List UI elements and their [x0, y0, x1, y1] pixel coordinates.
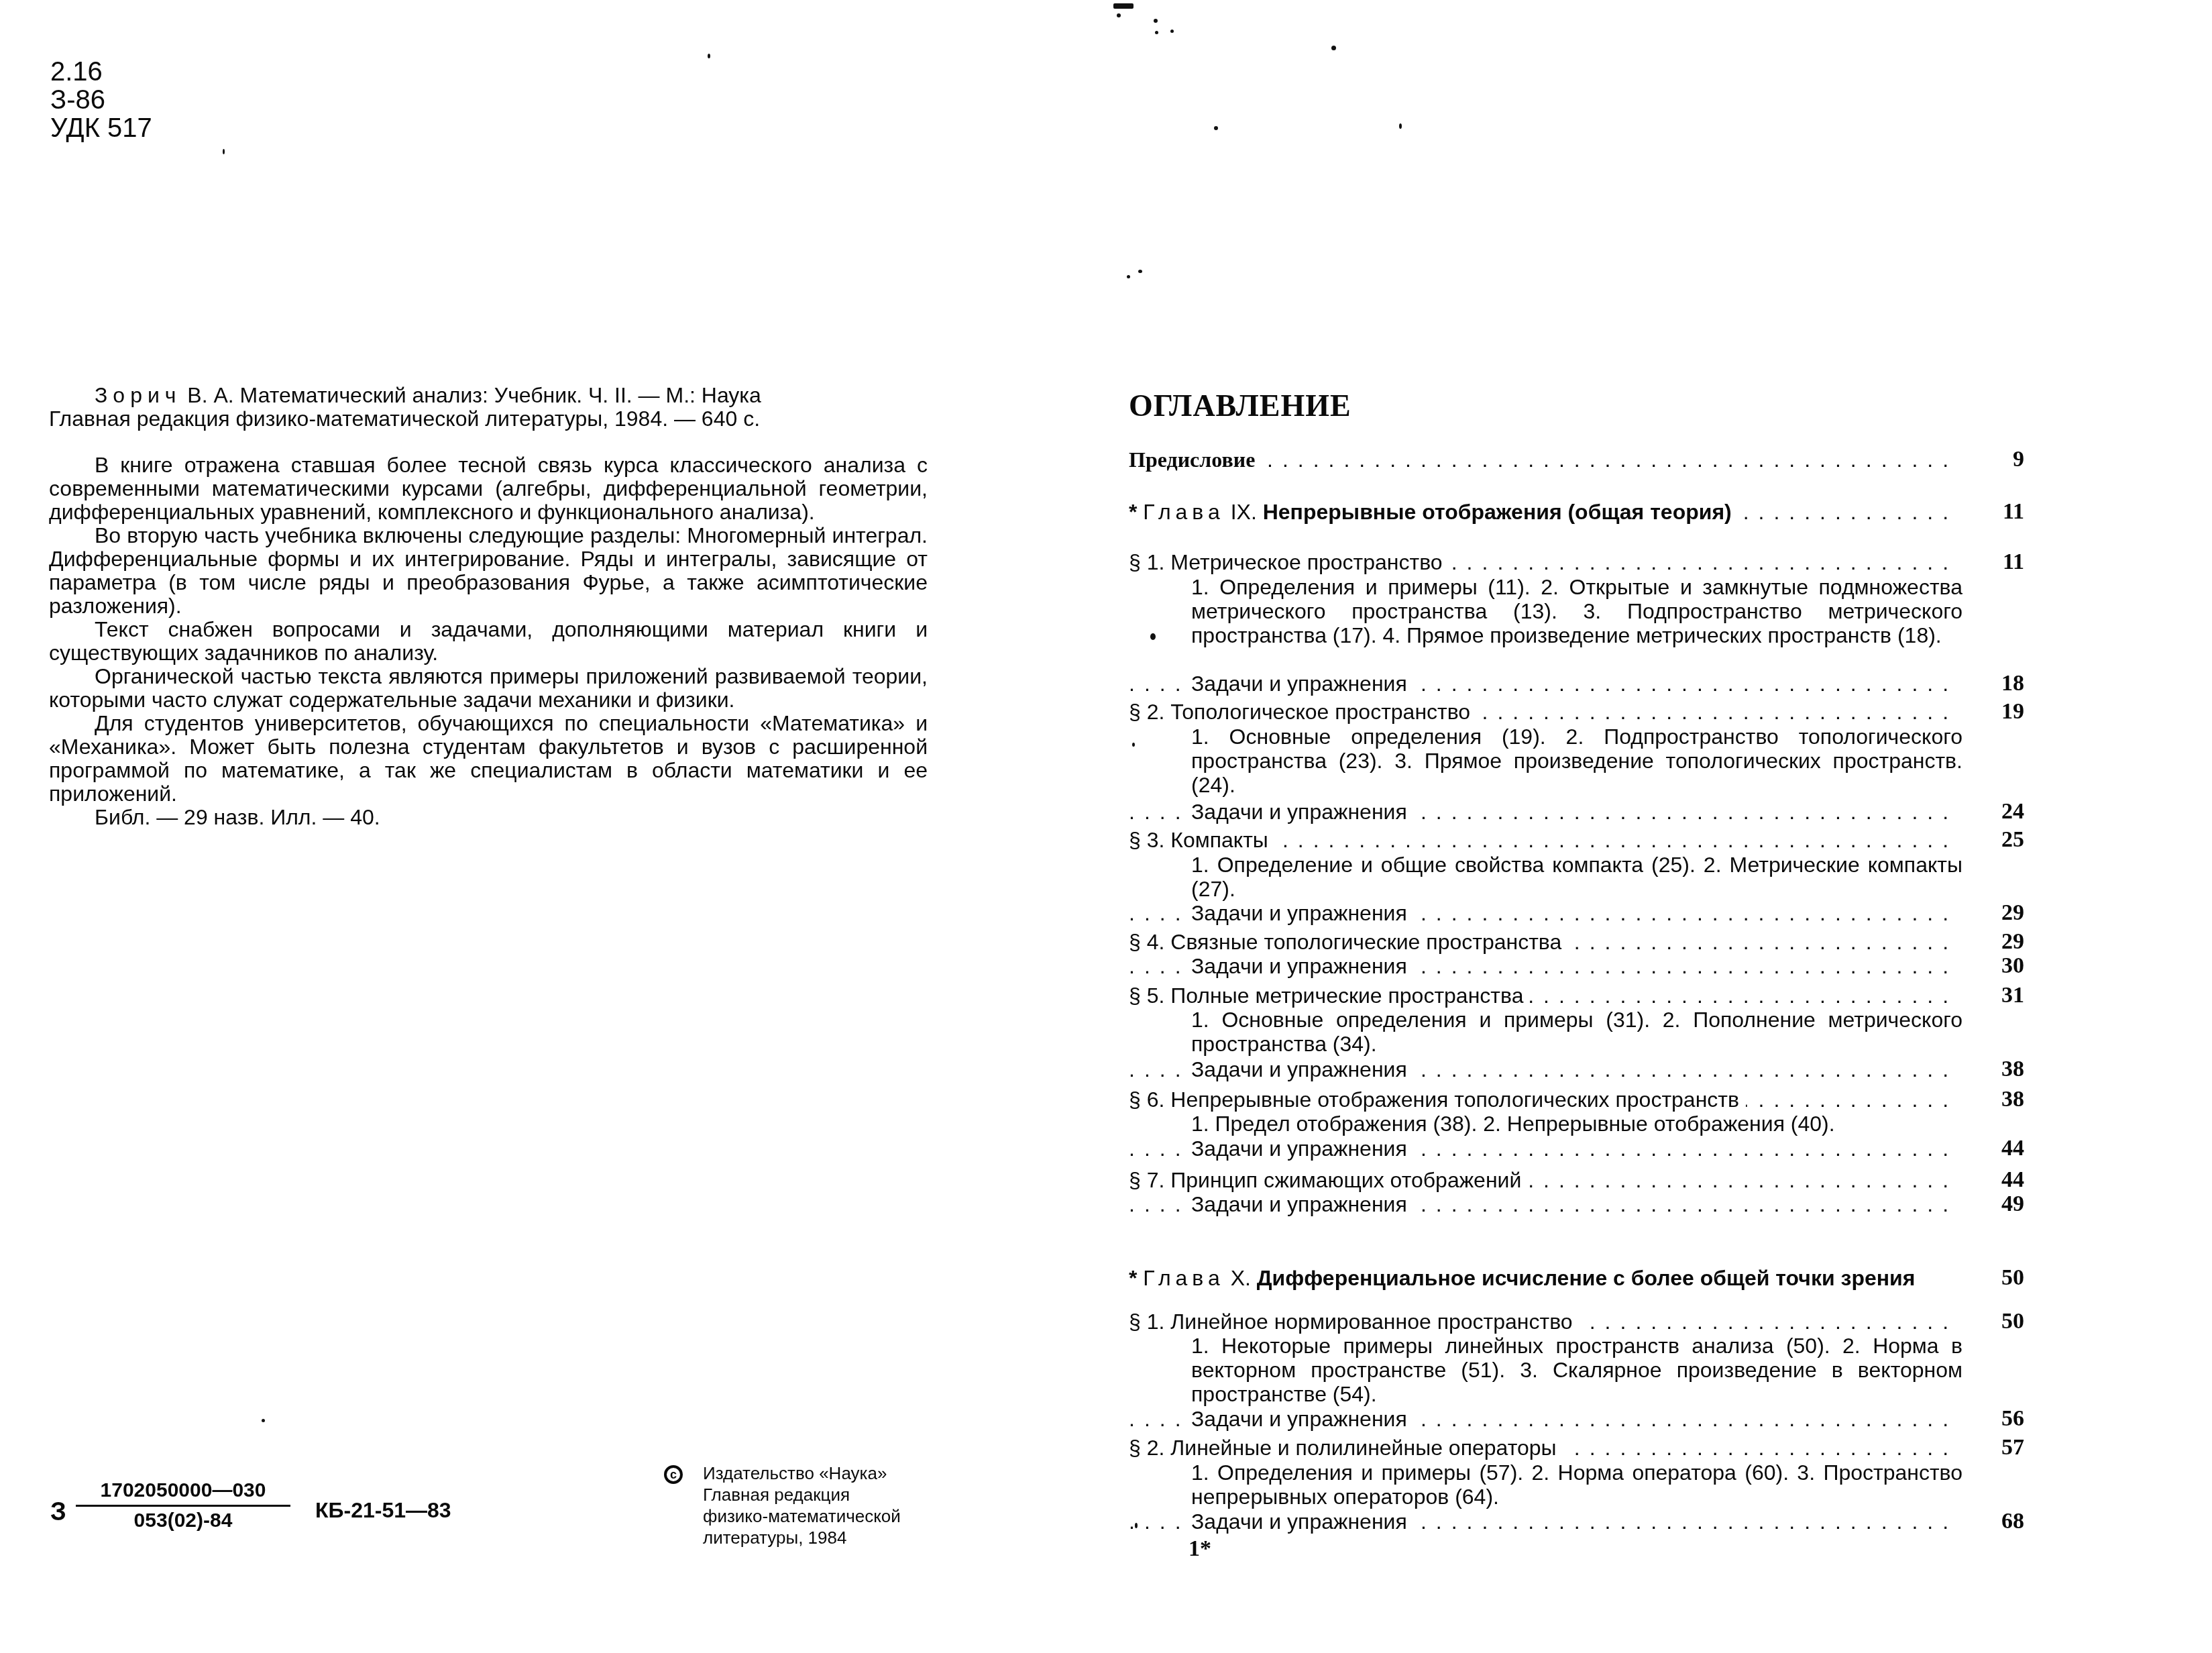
annotation-paragraph: Текст снабжен вопросами и задачами, допо… [49, 618, 928, 665]
toc-entry-section[interactable]: § 5. Полные метрические пространства ...… [1129, 983, 2024, 1008]
catalog-fraction: 1702050000—030 053(02)-84 [76, 1479, 290, 1532]
scan-speck [1331, 46, 1336, 50]
toc-entry-section[interactable]: § 1. Линейное нормированное пространство… [1129, 1310, 2024, 1334]
publisher-line: Издательство «Наука» [703, 1462, 901, 1484]
chapter-marker-icon: * [1129, 500, 1137, 524]
scan-speck [708, 54, 710, 58]
toc-label: Задачи и упражнения [1191, 1509, 1414, 1534]
scan-speck [1138, 270, 1142, 273]
toc-label: § 6. Непрерывные отображения топологичес… [1129, 1087, 1746, 1112]
catalog-denominator: 053(02)-84 [76, 1507, 290, 1532]
chapter-word: Глава [1143, 500, 1224, 524]
chapter-word: Глава [1143, 1266, 1224, 1290]
scan-speck [1132, 743, 1135, 747]
toc-label: Задачи и упражнения [1191, 800, 1414, 824]
toc-entry-exercises[interactable]: Задачи и упражнения ....................… [1129, 1057, 2024, 1081]
toc-page-number: 31 [1984, 983, 2024, 1008]
classification-code-author: З-86 [50, 86, 105, 114]
toc-entry-exercises[interactable]: Задачи и упражнения ....................… [1129, 1136, 2024, 1161]
toc-label: Задачи и упражнения [1191, 954, 1414, 978]
toc-label: Задачи и упражнения [1191, 1192, 1414, 1216]
toc-section-description: 1. Основные определения и примеры (31). … [1191, 1008, 1962, 1056]
catalog-suffix: КБ-21-51—83 [315, 1498, 451, 1523]
chapter-number: IX. [1231, 500, 1257, 524]
toc-label: Задачи и упражнения [1191, 1057, 1414, 1081]
scan-speck [1113, 3, 1133, 9]
catalog-numerator: 1702050000—030 [76, 1479, 290, 1507]
toc-label: § 4. Связные топологические пространства [1129, 930, 1568, 954]
toc-label: § 7. Принцип сжимающих отображений [1129, 1168, 1528, 1192]
scan-speck [1150, 633, 1156, 640]
author-name: Зорич [95, 383, 181, 407]
toc-label: Задачи и упражнения [1191, 901, 1414, 925]
annotation-paragraph: В книге отражена ставшая более тесной св… [49, 454, 928, 524]
toc-entry-section[interactable]: § 6. Непрерывные отображения топологичес… [1129, 1087, 2024, 1112]
publisher-line: Главная редакция [703, 1484, 901, 1505]
toc-page-number: 19 [1984, 700, 2024, 724]
toc-page-number: 56 [1984, 1407, 2024, 1431]
chapter-number: X. [1231, 1266, 1251, 1290]
toc-page-number: 44 [1984, 1168, 2024, 1192]
toc-entry-exercises[interactable]: Задачи и упражнения ....................… [1129, 672, 2024, 696]
toc-label: Задачи и упражнения [1191, 672, 1414, 696]
scan-speck [1214, 126, 1218, 130]
toc-label: Предисловие [1129, 447, 1262, 472]
chapter-marker-icon: * [1129, 1266, 1137, 1290]
scan-speck [1399, 123, 1402, 129]
toc-page-number: 57 [1984, 1436, 2024, 1460]
scan-speck [1117, 13, 1121, 17]
scan-speck [1155, 31, 1158, 34]
chapter-title: Дифференциальное исчисление с более обще… [1257, 1266, 1916, 1290]
toc-page-number: 11 [1984, 550, 2024, 574]
scan-speck [1127, 275, 1130, 278]
annotation-paragraph: Во вторую часть учебника включены следую… [49, 524, 928, 618]
toc-section-description: 1. Определения и примеры (11). 2. Открыт… [1191, 575, 1962, 647]
toc-entry-exercises[interactable]: Задачи и упражнения ....................… [1129, 800, 2024, 824]
toc-page-number: 50 [1984, 1310, 2024, 1334]
toc-section-description: 1. Определения и примеры (57). 2. Норма … [1191, 1460, 1962, 1509]
toc-page-number: 11 [1984, 500, 2024, 524]
toc-section-description: 1. Предел отображения (38). 2. Непрерывн… [1191, 1112, 1962, 1136]
toc-entry-preface[interactable]: Предисловие ............................… [1129, 447, 2024, 472]
toc-label: Задачи и упражнения [1191, 1136, 1414, 1161]
bibliography-count: Библ. — 29 назв. Илл. — 40. [49, 806, 928, 829]
toc-entry-section[interactable]: § 2. Линейные и полилинейные операторы .… [1129, 1436, 2024, 1460]
toc-label: § 1. Метрическое пространство [1129, 550, 1449, 574]
toc-page-number: 30 [1984, 954, 2024, 978]
toc-page-number: 44 [1984, 1136, 2024, 1161]
chapter-title: Непрерывные отображения (общая теория) [1263, 500, 1732, 524]
toc-section-description: 1. Основные определения (19). 2. Подпрос… [1191, 725, 1962, 797]
annotation-paragraph: Для студентов университетов, обучающихся… [49, 712, 928, 806]
classification-code-bbk: 2.16 [50, 58, 103, 86]
publisher-info: Издательство «Наука» Главная редакция фи… [703, 1462, 901, 1548]
toc-page-number: 49 [1984, 1192, 2024, 1216]
toc-entry-exercises[interactable]: Задачи и упражнения ....................… [1129, 1192, 2024, 1216]
bibliographic-line-1: Зорич В. А. Математический анализ: Учебн… [49, 384, 928, 407]
toc-label: Задачи и упражнения [1191, 1407, 1414, 1431]
toc-label: * Глава X. Дифференциальное исчисление с… [1129, 1266, 1922, 1290]
toc-page-number: 18 [1984, 672, 2024, 696]
toc-section-description: 1. Некоторые примеры линейных пространст… [1191, 1334, 1962, 1406]
toc-entry-section[interactable]: § 2. Топологическое пространство .......… [1129, 700, 2024, 724]
toc-entry-chapter-9[interactable]: * Глава IX. Непрерывные отображения (общ… [1129, 500, 2024, 524]
toc-page-number: 68 [1984, 1509, 2024, 1534]
toc-label: § 5. Полные метрические пространства [1129, 983, 1530, 1008]
toc-entry-section[interactable]: § 1. Метрическое пространство ..........… [1129, 550, 2024, 574]
toc-page-number: 24 [1984, 800, 2024, 824]
left-page: 2.16 З-86 УДК 517 Зорич В. А. Математиче… [0, 0, 1046, 1653]
toc-entry-chapter-10[interactable]: * Глава X. Дифференциальное исчисление с… [1129, 1266, 2024, 1290]
toc-label: § 2. Топологическое пространство [1129, 700, 1477, 724]
toc-page-number: 50 [1984, 1266, 2024, 1290]
annotation-paragraph: Органической частью текста являются прим… [49, 665, 928, 712]
toc-page-number: 9 [1984, 447, 2024, 472]
toc-entry-exercises[interactable]: Задачи и упражнения ....................… [1129, 1509, 2024, 1534]
toc-title: ОГЛАВЛЕНИЕ [1129, 388, 1351, 423]
toc-section-description: 1. Определение и общие свойства компакта… [1191, 853, 1962, 901]
toc-page-number: 25 [1984, 828, 2024, 852]
book-title: В. А. Математический анализ: Учебник. Ч.… [181, 383, 761, 407]
toc-page-number: 38 [1984, 1057, 2024, 1081]
toc-label: * Глава IX. Непрерывные отображения (общ… [1129, 500, 1738, 524]
toc-entry-section[interactable]: § 4. Связные топологические пространства… [1129, 930, 2024, 954]
toc-entry-exercises[interactable]: Задачи и упражнения ....................… [1129, 901, 2024, 925]
toc-label: § 3. Компакты [1129, 828, 1275, 852]
toc-entry-section[interactable]: § 7. Принцип сжимающих отображений .....… [1129, 1168, 2024, 1192]
bibliographic-line-2: Главная редакция физико-математической л… [49, 407, 928, 431]
toc-label: § 1. Линейное нормированное пространство [1129, 1310, 1580, 1334]
toc-page-number: 38 [1984, 1087, 2024, 1112]
scan-speck [262, 1419, 265, 1422]
annotation: В книге отражена ставшая более тесной св… [49, 454, 928, 829]
classification-code-udk: УДК 517 [50, 114, 152, 142]
toc-entry-exercises[interactable]: Задачи и упражнения ....................… [1129, 954, 2024, 978]
scan-speck [223, 149, 225, 154]
toc-page-number: 29 [1984, 901, 2024, 925]
toc-entry-exercises[interactable]: Задачи и упражнения ....................… [1129, 1407, 2024, 1431]
catalog-prefix: З [50, 1498, 66, 1527]
publisher-line: физико-математической [703, 1505, 901, 1527]
toc-entry-section[interactable]: § 3. Компакты ..........................… [1129, 828, 2024, 852]
toc-page-number: 29 [1984, 930, 2024, 954]
printer-signature-mark: 1* [1188, 1536, 1211, 1562]
scan-speck [1170, 30, 1174, 33]
copyright-icon: c [664, 1465, 683, 1484]
publisher-line: литературы, 1984 [703, 1527, 901, 1548]
toc-label: § 2. Линейные и полилинейные операторы [1129, 1436, 1563, 1460]
bibliographic-entry: Зорич В. А. Математический анализ: Учебн… [49, 384, 928, 431]
scan-speck [1154, 19, 1158, 23]
